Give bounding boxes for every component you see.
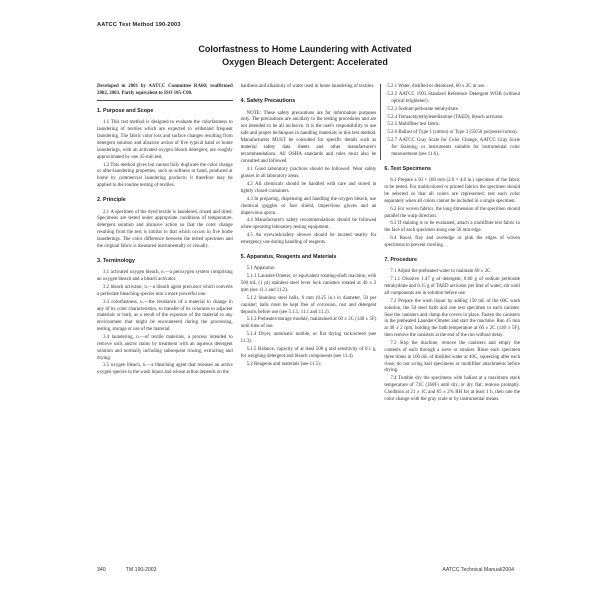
- paragraph: 7.3 Stop the machine, remove the caniste…: [384, 341, 520, 375]
- paragraph: 4.5 An eyewash/safety shower should be l…: [241, 233, 377, 247]
- paragraph: 2.1 A specimen of the dyed textile is la…: [97, 210, 233, 251]
- list-item: 5.2.2 AATCC 1993 Standard Reference Dete…: [384, 92, 520, 106]
- paragraph: 7.2 Prepare the wash liquor by adding 15…: [384, 299, 520, 340]
- paragraph: hardness and alkalinity of water used in…: [241, 84, 377, 91]
- list-item: 5.2.1 Water, distilled or deionized, 60 …: [384, 84, 520, 91]
- list-item: 5.2.7 AATCC Gray Scale for Color Change,…: [384, 138, 520, 159]
- paragraph: 4.3 In preparing, dispensing and handlin…: [241, 197, 377, 218]
- page-number: 340: [97, 567, 106, 573]
- paragraph: 4.2 All chemicals should be handled with…: [241, 182, 377, 196]
- note-paragraph: NOTE: These safety precautions are for i…: [241, 111, 377, 166]
- paragraph: 3.1 activated oxygen bleach, n.—a peroxy…: [97, 270, 233, 284]
- paragraph: 3.3 colorfastness, n.—the resistance of …: [97, 300, 233, 334]
- paragraph: 7.1 Adjust the preheated water to mainta…: [384, 269, 520, 276]
- paragraph: 4.1 Good laboratory practices should be …: [241, 167, 377, 181]
- paragraph: 5.1.4 Dryer, automatic tumble, or flat d…: [241, 332, 377, 346]
- document-title: Colorfastness to Home Laundering with Ac…: [90, 43, 520, 69]
- paragraph: 4.4 Manufacturer's safety recommendation…: [241, 218, 377, 232]
- paragraph: 3.2 bleach activator, n.—a bleach agent …: [97, 285, 233, 299]
- section-heading: 2. Principle: [97, 197, 233, 205]
- paragraph: 6.3 If staining is to be evaluated, atta…: [384, 221, 520, 235]
- paragraph: 3.5 oxygen bleach, n.—a bleaching agent …: [97, 363, 233, 377]
- list-item: 5.2.3 Sodium perborate tetrahydrate.: [384, 107, 520, 114]
- section-heading: 1. Purpose and Scope: [97, 108, 233, 116]
- document-title-line2: Oxygen Bleach Detergent: Accelerated: [90, 56, 520, 69]
- list-item: 5.2.6 Ballast of Type 1 (cotton) or Type…: [384, 130, 520, 137]
- paragraph: 5.2 Reagents and materials (see 11.5):: [241, 362, 377, 369]
- section-heading: 3. Terminology: [97, 258, 233, 266]
- paragraph: 3.4 laundering, n.—of textile materials,…: [97, 335, 233, 362]
- document-page: AATCC Test Method 190-2003 Colorfastness…: [90, 22, 520, 582]
- document-title-line1: Colorfastness to Home Laundering with Ac…: [90, 43, 520, 56]
- development-note: Developed in 2001 by AATCC Committee RA6…: [97, 84, 233, 98]
- list-item: 5.2.4 Tetraacetylethylenediamine (TAED),…: [384, 115, 520, 122]
- paragraph: 5.1.5 Balance, capacity of at least 500 …: [241, 347, 377, 361]
- paragraph: 5.1.3 Preheater/storage module, maintain…: [241, 317, 377, 331]
- paragraph: 5.1.2 Stainless steel balls, 6 mm (0.25 …: [241, 296, 377, 317]
- change-bar: [380, 84, 381, 160]
- paragraph: 7.1.1 Dissolve 1.47 g of detergent, 0.60…: [384, 277, 520, 298]
- paragraph: 5.1.1 Launder-Ometer, or equivalent rota…: [241, 274, 377, 295]
- list-item: 5.2.5 Multifiber test fabric.: [384, 122, 520, 129]
- page-footer: 340 TM 190-2003 AATCC Technical Manual/2…: [97, 567, 514, 573]
- footer-manual-title: AATCC Technical Manual/2004: [442, 567, 514, 573]
- column-3: 5.2.1 Water, distilled or deionized, 60 …: [384, 84, 520, 405]
- body-columns: Developed in 2001 by AATCC Committee RA6…: [97, 84, 520, 405]
- section-heading: 7. Procedure: [384, 257, 520, 265]
- section-heading: 5. Apparatus, Reagents and Materials: [241, 254, 377, 262]
- column-1: Developed in 2001 by AATCC Committee RA6…: [97, 84, 233, 405]
- method-number-header: AATCC Test Method 190-2003: [97, 22, 520, 28]
- footer-method-number: TM 190-2003: [126, 567, 157, 573]
- paragraph: 1.2 This method gives but cannot fully d…: [97, 163, 233, 190]
- paragraph: 6.2 For woven fabrics, the long dimensio…: [384, 207, 520, 221]
- column-2: hardness and alkalinity of water used in…: [241, 84, 377, 405]
- paragraph: 5.1 Apparatus:: [241, 266, 377, 273]
- paragraph: 7.4 Tumble dry the specimens with ballas…: [384, 376, 520, 403]
- paragraph: 1.1 This test method is designed to eval…: [97, 120, 233, 161]
- divider: [97, 100, 233, 101]
- paragraph: 6.1 Prepare a 50 × 100 mm (2.0 × 4.0 in.…: [384, 178, 520, 205]
- section-heading: 4. Safety Precautions: [241, 98, 377, 106]
- paragraph: 6.4 Ravel, fray and overedge or pink the…: [384, 236, 520, 250]
- section-heading: 6. Test Specimens: [384, 166, 520, 174]
